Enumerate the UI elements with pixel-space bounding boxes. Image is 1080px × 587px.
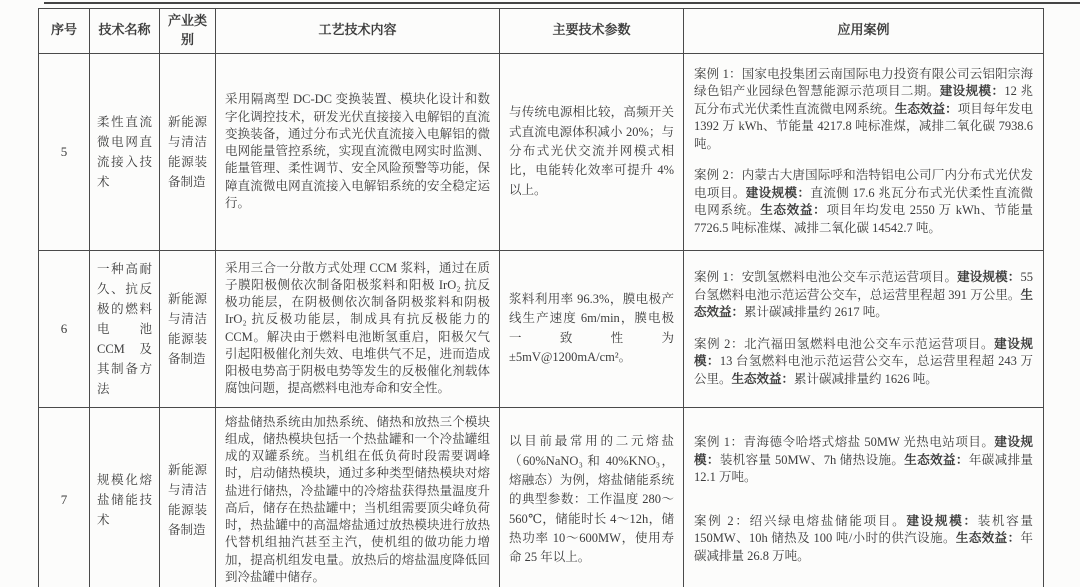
cell-tech-name: 规模化熔盐储能技术 — [90, 407, 160, 587]
cell-params: 浆料利用率 96.3%，膜电极产线生产速度 6m/min，膜电极一致性为±5mV… — [500, 250, 684, 407]
table-row: 6 一种高耐久、抗反极的燃料电池 CCM 及其制备方法 新能源与清洁能源装备制造… — [39, 250, 1044, 407]
document-page: 序号 技术名称 产业类别 工艺技术内容 主要技术参数 应用案例 5 柔性直流微电… — [0, 0, 1080, 587]
header-content: 工艺技术内容 — [216, 9, 500, 54]
cell-tech-name: 一种高耐久、抗反极的燃料电池 CCM 及其制备方法 — [90, 250, 160, 407]
technology-table: 序号 技术名称 产业类别 工艺技术内容 主要技术参数 应用案例 5 柔性直流微电… — [38, 8, 1044, 587]
header-index: 序号 — [39, 9, 90, 54]
cell-content: 采用隔离型 DC-DC 变换装置、模块化设计和数字化调控技术，研发光伏直接接入电… — [216, 53, 500, 250]
header-cases: 应用案例 — [684, 9, 1044, 54]
case-paragraph: 案例 1：安凯氢燃料电池公交车示范运营项目。建设规模：55 台氢燃料电池示范运营… — [694, 269, 1033, 322]
cell-category: 新能源与清洁能源装备制造 — [160, 53, 216, 250]
table-row: 5 柔性直流微电网直流接入技术 新能源与清洁能源装备制造 采用隔离型 DC-DC… — [39, 53, 1044, 250]
header-category: 产业类别 — [160, 9, 216, 54]
cell-category: 新能源与清洁能源装备制造 — [160, 407, 216, 587]
cell-cases: 案例 1：国家电投集团云南国际电力投资有限公司云铝阳宗海绿色铝产业园绿色智慧能源… — [684, 53, 1044, 250]
cell-index: 6 — [39, 250, 90, 407]
cell-category: 新能源与清洁能源装备制造 — [160, 250, 216, 407]
cell-params: 与传统电源相比较，高频开关式直流电源体积减小 20%；与分布式光伏交流并网模式相… — [500, 53, 684, 250]
header-tech-name: 技术名称 — [90, 9, 160, 54]
cell-index: 7 — [39, 407, 90, 587]
header-row: 序号 技术名称 产业类别 工艺技术内容 主要技术参数 应用案例 — [39, 9, 1044, 54]
case-paragraph: 案例 2：绍兴绿电熔盐储能项目。建设规模：装机容量 150MW、10h 储热及 … — [694, 513, 1033, 566]
cell-content: 采用三合一分散方式处理 CCM 浆料，通过在质子膜阳极侧依次制备阳极浆料和阳极 … — [216, 250, 500, 407]
cell-index: 5 — [39, 53, 90, 250]
case-paragraph: 案例 2：北汽福田氢燃料电池公交车示范运营项目。建设规模：13 台氢燃料电池示范… — [694, 336, 1033, 389]
page-top-rule — [44, 2, 1080, 4]
table-row: 7 规模化熔盐储能技术 新能源与清洁能源装备制造 熔盐储热系统由加热系统、储热和… — [39, 407, 1044, 587]
cell-cases: 案例 1：安凯氢燃料电池公交车示范运营项目。建设规模：55 台氢燃料电池示范运营… — [684, 250, 1044, 407]
case-paragraph: 案例 1：国家电投集团云南国际电力投资有限公司云铝阳宗海绿色铝产业园绿色智慧能源… — [694, 66, 1033, 154]
case-paragraph: 案例 1：青海德令哈塔式熔盐 50MW 光热电站项目。建设规模：装机容量 50M… — [694, 434, 1033, 487]
cell-content: 熔盐储热系统由加热系统、储热和放热三个模块组成，储热模块包括一个热盐罐和一个冷盐… — [216, 407, 500, 587]
cell-tech-name: 柔性直流微电网直流接入技术 — [90, 53, 160, 250]
case-paragraph: 案例 2：内蒙古大唐国际呼和浩特铝电公司厂内分布式光伏发电项目。建设规模：直流侧… — [694, 167, 1033, 237]
cell-cases: 案例 1：青海德令哈塔式熔盐 50MW 光热电站项目。建设规模：装机容量 50M… — [684, 407, 1044, 587]
header-params: 主要技术参数 — [500, 9, 684, 54]
cell-params: 以目前最常用的二元熔盐（60%NaNO₃ 和 40%KNO₃，熔融态）为例，熔盐… — [500, 407, 684, 587]
